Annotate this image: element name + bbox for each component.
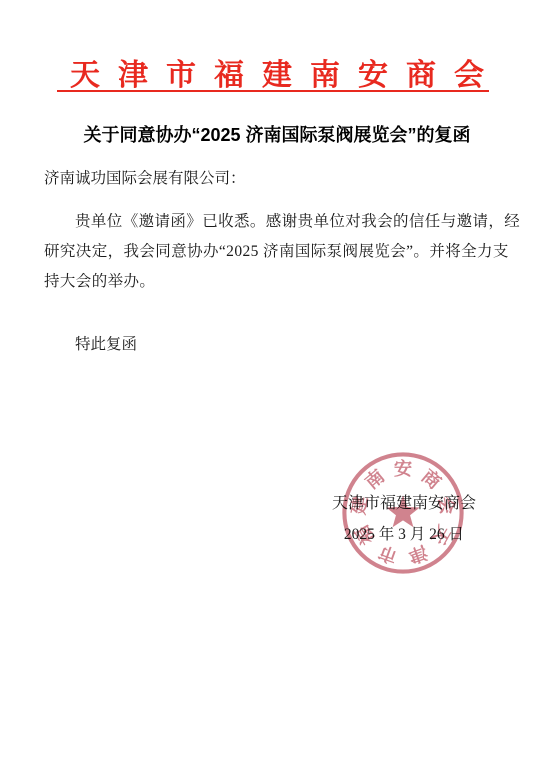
document-title: 关于同意协办“2025 济南国际泵阀展览会”的复函: [0, 121, 554, 147]
body-line: 贵单位《邀请函》已收悉。感谢贵单位对我会的信任与邀请，经: [44, 209, 514, 231]
letterhead-divider: [57, 90, 489, 92]
closing-phrase: 特此复函: [75, 332, 137, 354]
seal-circular-text: 天津市福建南安商会: [347, 458, 458, 568]
letterhead-org-name: 天津市福建南安商会: [0, 50, 554, 94]
salutation: 济南诚功国际会展有限公司：: [44, 166, 246, 188]
seal-ring: [344, 454, 461, 571]
body-line: 持大会的举办。: [44, 269, 514, 291]
official-seal-stamp: 天津市福建南安商会: [340, 450, 466, 576]
svg-text:商: 商: [418, 465, 446, 493]
svg-text:南: 南: [361, 465, 389, 493]
svg-text:市: 市: [376, 542, 400, 568]
letter-page: 天津市福建南安商会 关于同意协办“2025 济南国际泵阀展览会”的复函 济南诚功…: [0, 0, 554, 774]
signature-org-name: 天津市福建南安商会: [330, 490, 478, 513]
svg-text:安: 安: [394, 458, 413, 479]
svg-text:津: 津: [405, 542, 430, 568]
body-line: 研究决定，我会同意协办“2025 济南国际泵阀展览会”。并将全力支: [44, 239, 514, 261]
signature-date: 2025 年 3 月 26 日: [330, 522, 478, 544]
